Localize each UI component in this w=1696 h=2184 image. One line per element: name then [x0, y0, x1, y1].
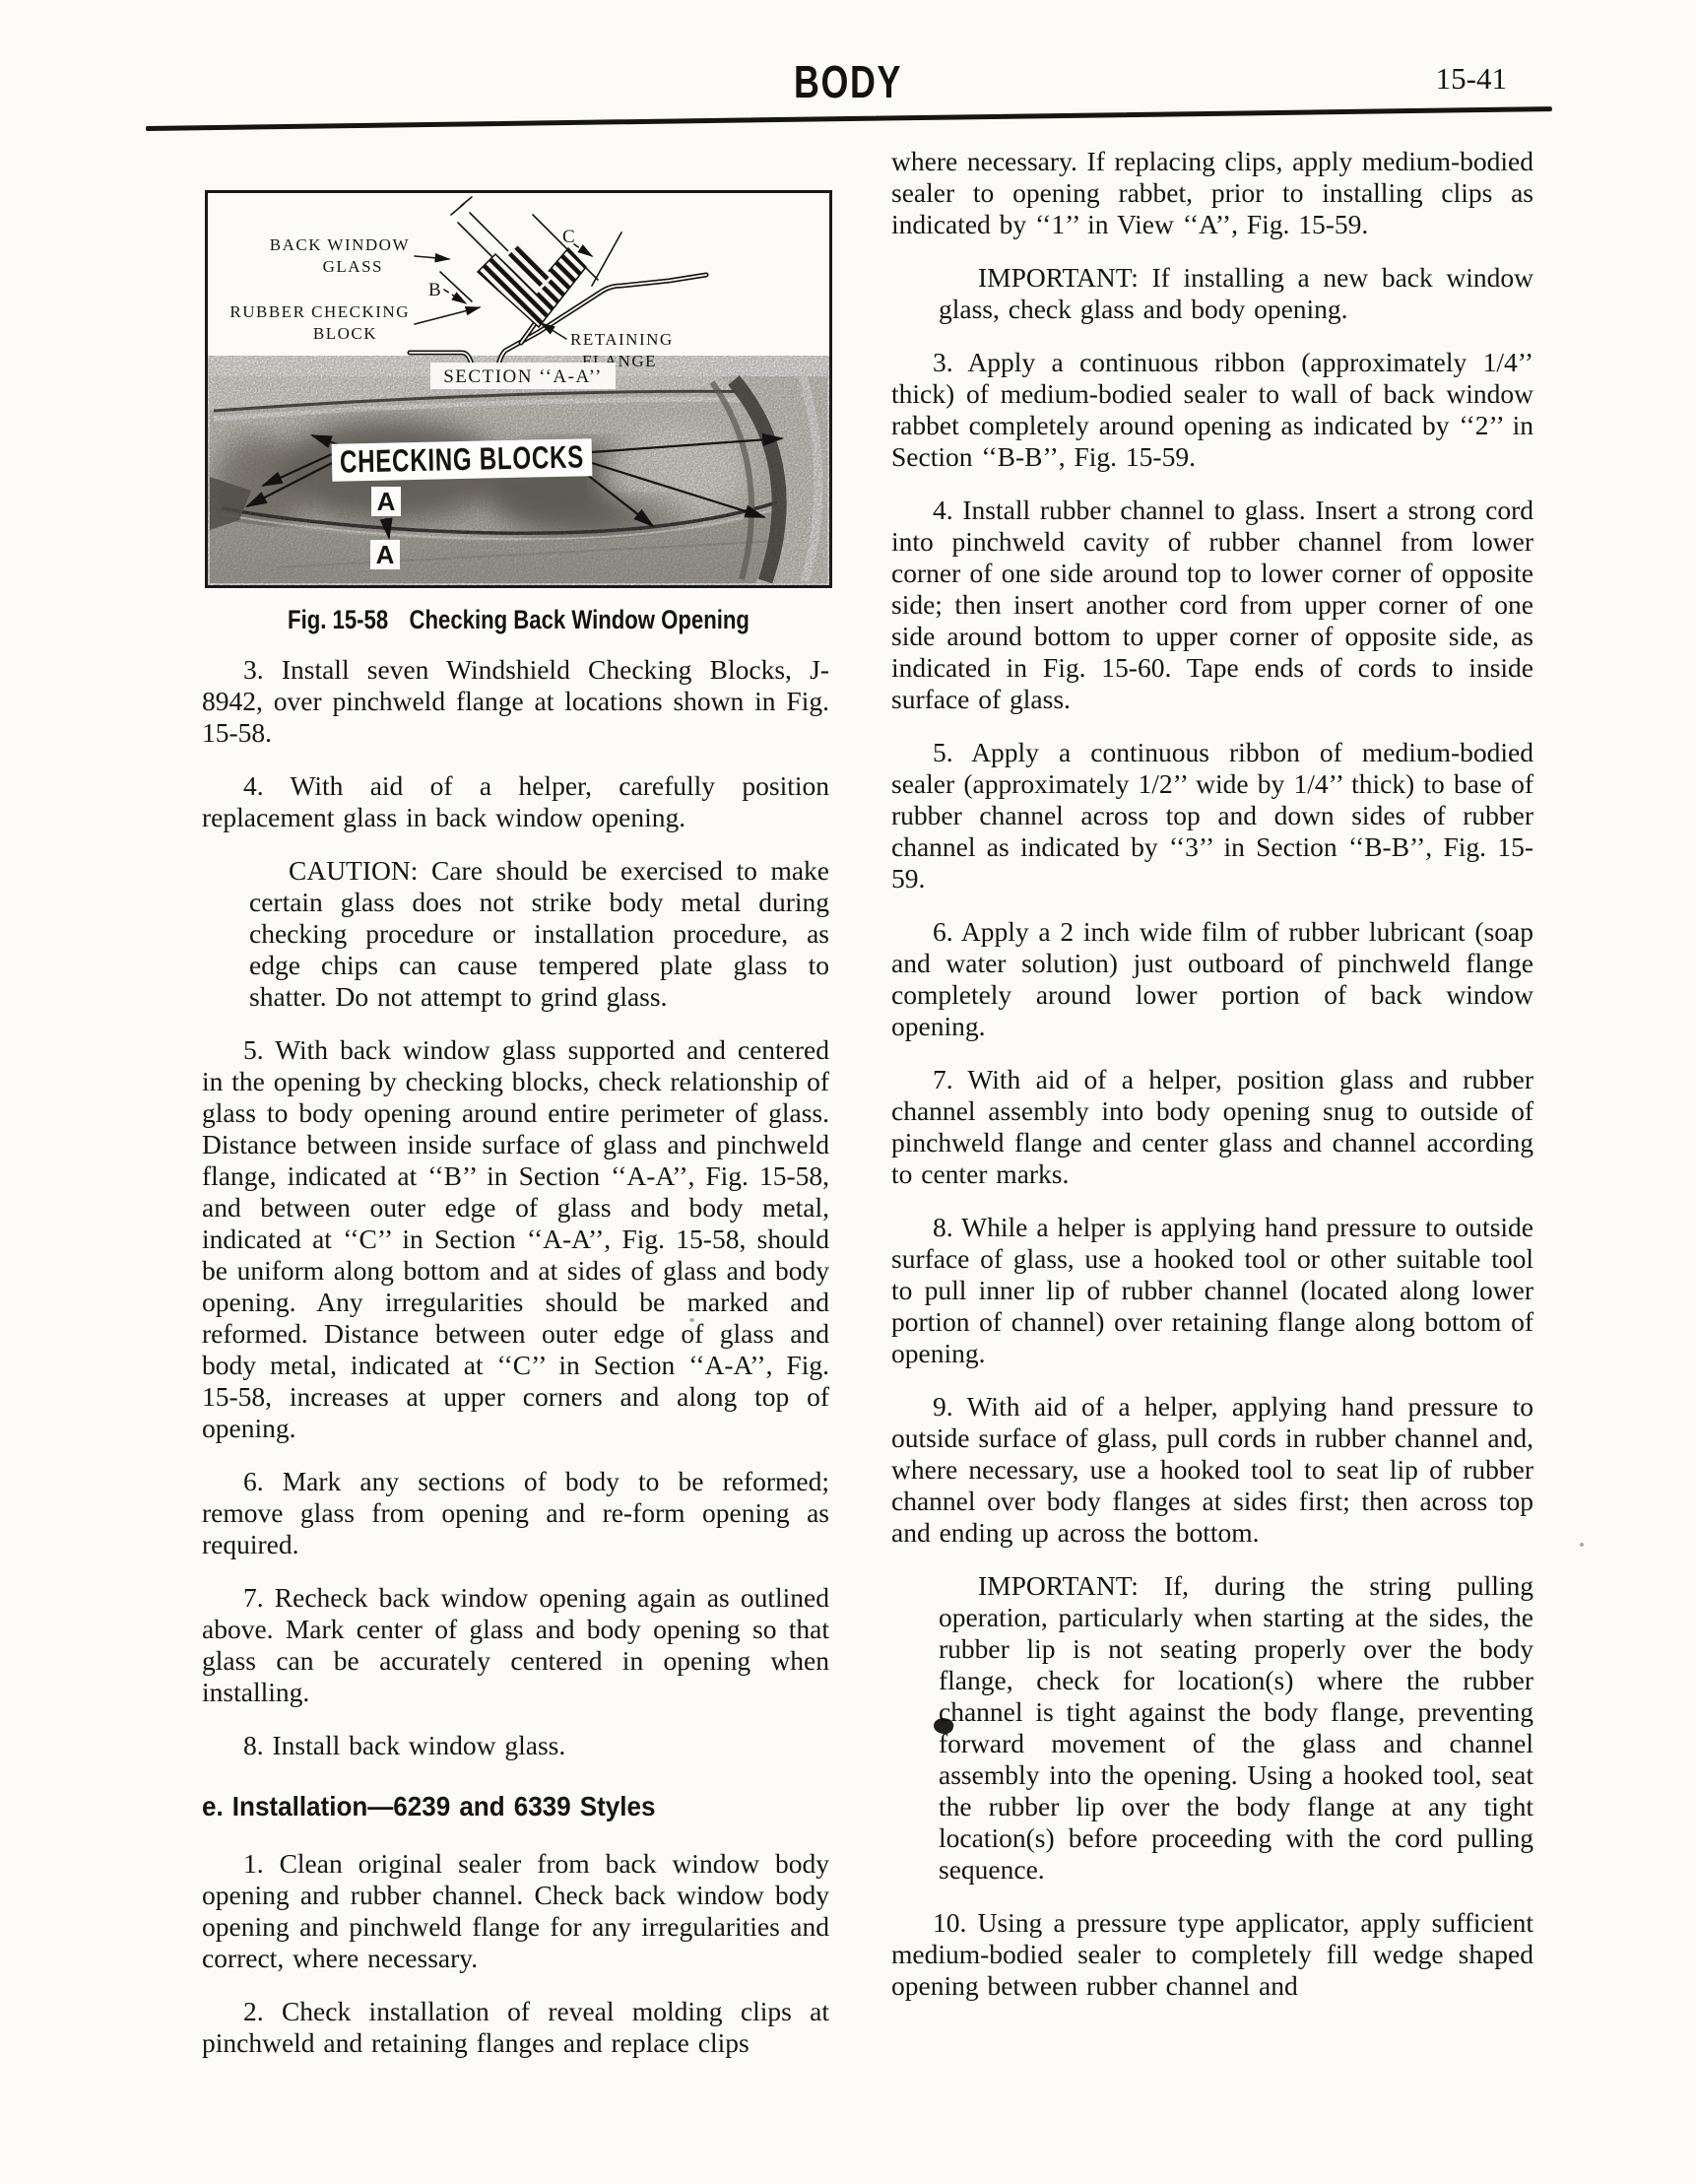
step-3: 3. Apply a continuous ribbon (approximat…: [891, 347, 1533, 473]
section-aa-label: SECTION ‘‘A-A’’: [443, 366, 603, 387]
step-4: 4. With aid of a helper, carefully posit…: [202, 770, 829, 833]
step-10: 10. Using a pressure type applicator, ap…: [891, 1907, 1533, 2002]
step-7: 7. Recheck back window opening again as …: [202, 1582, 829, 1708]
label-back-window-glass-line1: BACK WINDOW: [270, 235, 410, 254]
step-3: 3. Install seven Windshield Checking Blo…: [202, 654, 829, 749]
a-marker-upper: A: [377, 487, 396, 516]
label-back-window-glass-line2: GLASS: [323, 257, 383, 276]
label-rubber-checking-block-line2: BLOCK: [313, 324, 377, 343]
heading-installation-6239-6339: e. Installation—6239 and 6339 Styles: [202, 1791, 785, 1822]
right-column: where necessary. If replacing clips, app…: [891, 146, 1533, 2023]
left-column: 3. Install seven Windshield Checking Blo…: [202, 654, 829, 2081]
step-4: 4. Install rubber channel to glass. Inse…: [891, 495, 1533, 715]
step-5: 5. Apply a continuous ribbon of medium-b…: [891, 737, 1533, 894]
page-number: 15-41: [1436, 61, 1507, 97]
figure-caption-text: Checking Back Window Opening: [409, 605, 749, 634]
figure-caption-number: Fig. 15-58: [288, 605, 388, 634]
step-9: 9. With aid of a helper, applying hand p…: [891, 1391, 1533, 1549]
step-6: 6. Apply a 2 inch wide film of rubber lu…: [891, 916, 1533, 1042]
page-header-title: BODY: [186, 55, 1509, 108]
scan-speck: [1580, 1543, 1584, 1547]
checking-blocks-label: CHECKING BLOCKS: [332, 438, 593, 482]
label-b: B: [428, 280, 442, 300]
label-rubber-checking-block-line1: RUBBER CHECKING: [229, 302, 410, 321]
checking-blocks-text: CHECKING BLOCKS: [340, 438, 585, 479]
step-2-continuation: where necessary. If replacing clips, app…: [891, 146, 1533, 240]
section-diagram: C B BACK WINDOW GLASS RUBBER CHECKING BL…: [229, 197, 706, 389]
step-5: 5. With back window glass supported and …: [202, 1034, 829, 1444]
step-1: 1. Clean original sealer from back windo…: [202, 1848, 829, 1974]
step-2: 2. Check installation of reveal molding …: [202, 1996, 829, 2059]
figure-15-58: CHECKING BLOCKS A A: [205, 190, 832, 588]
label-retaining-flange-line1: RETAINING: [570, 330, 674, 349]
figure-illustration: CHECKING BLOCKS A A: [208, 193, 829, 585]
caution-note: CAUTION: Care should be exercised to mak…: [249, 855, 829, 1013]
important-note-2: IMPORTANT: If, during the string pulling…: [939, 1570, 1533, 1886]
photo-halftone: CHECKING BLOCKS A A: [210, 376, 827, 583]
scan-speck: [689, 1318, 694, 1322]
figure-caption: Fig. 15-58Checking Back Window Opening: [261, 605, 775, 635]
step-8: 8. Install back window glass.: [202, 1730, 829, 1761]
step-7: 7. With aid of a helper, position glass …: [891, 1064, 1533, 1190]
step-6: 6. Mark any sections of body to be refor…: [202, 1466, 829, 1560]
manual-page: BODY 15-41: [0, 0, 1696, 2184]
a-marker-lower: A: [376, 540, 395, 569]
header-rule: [146, 106, 1552, 131]
important-note-1: IMPORTANT: If installing a new back wind…: [939, 262, 1533, 325]
step-8: 8. While a helper is applying hand press…: [891, 1212, 1533, 1369]
